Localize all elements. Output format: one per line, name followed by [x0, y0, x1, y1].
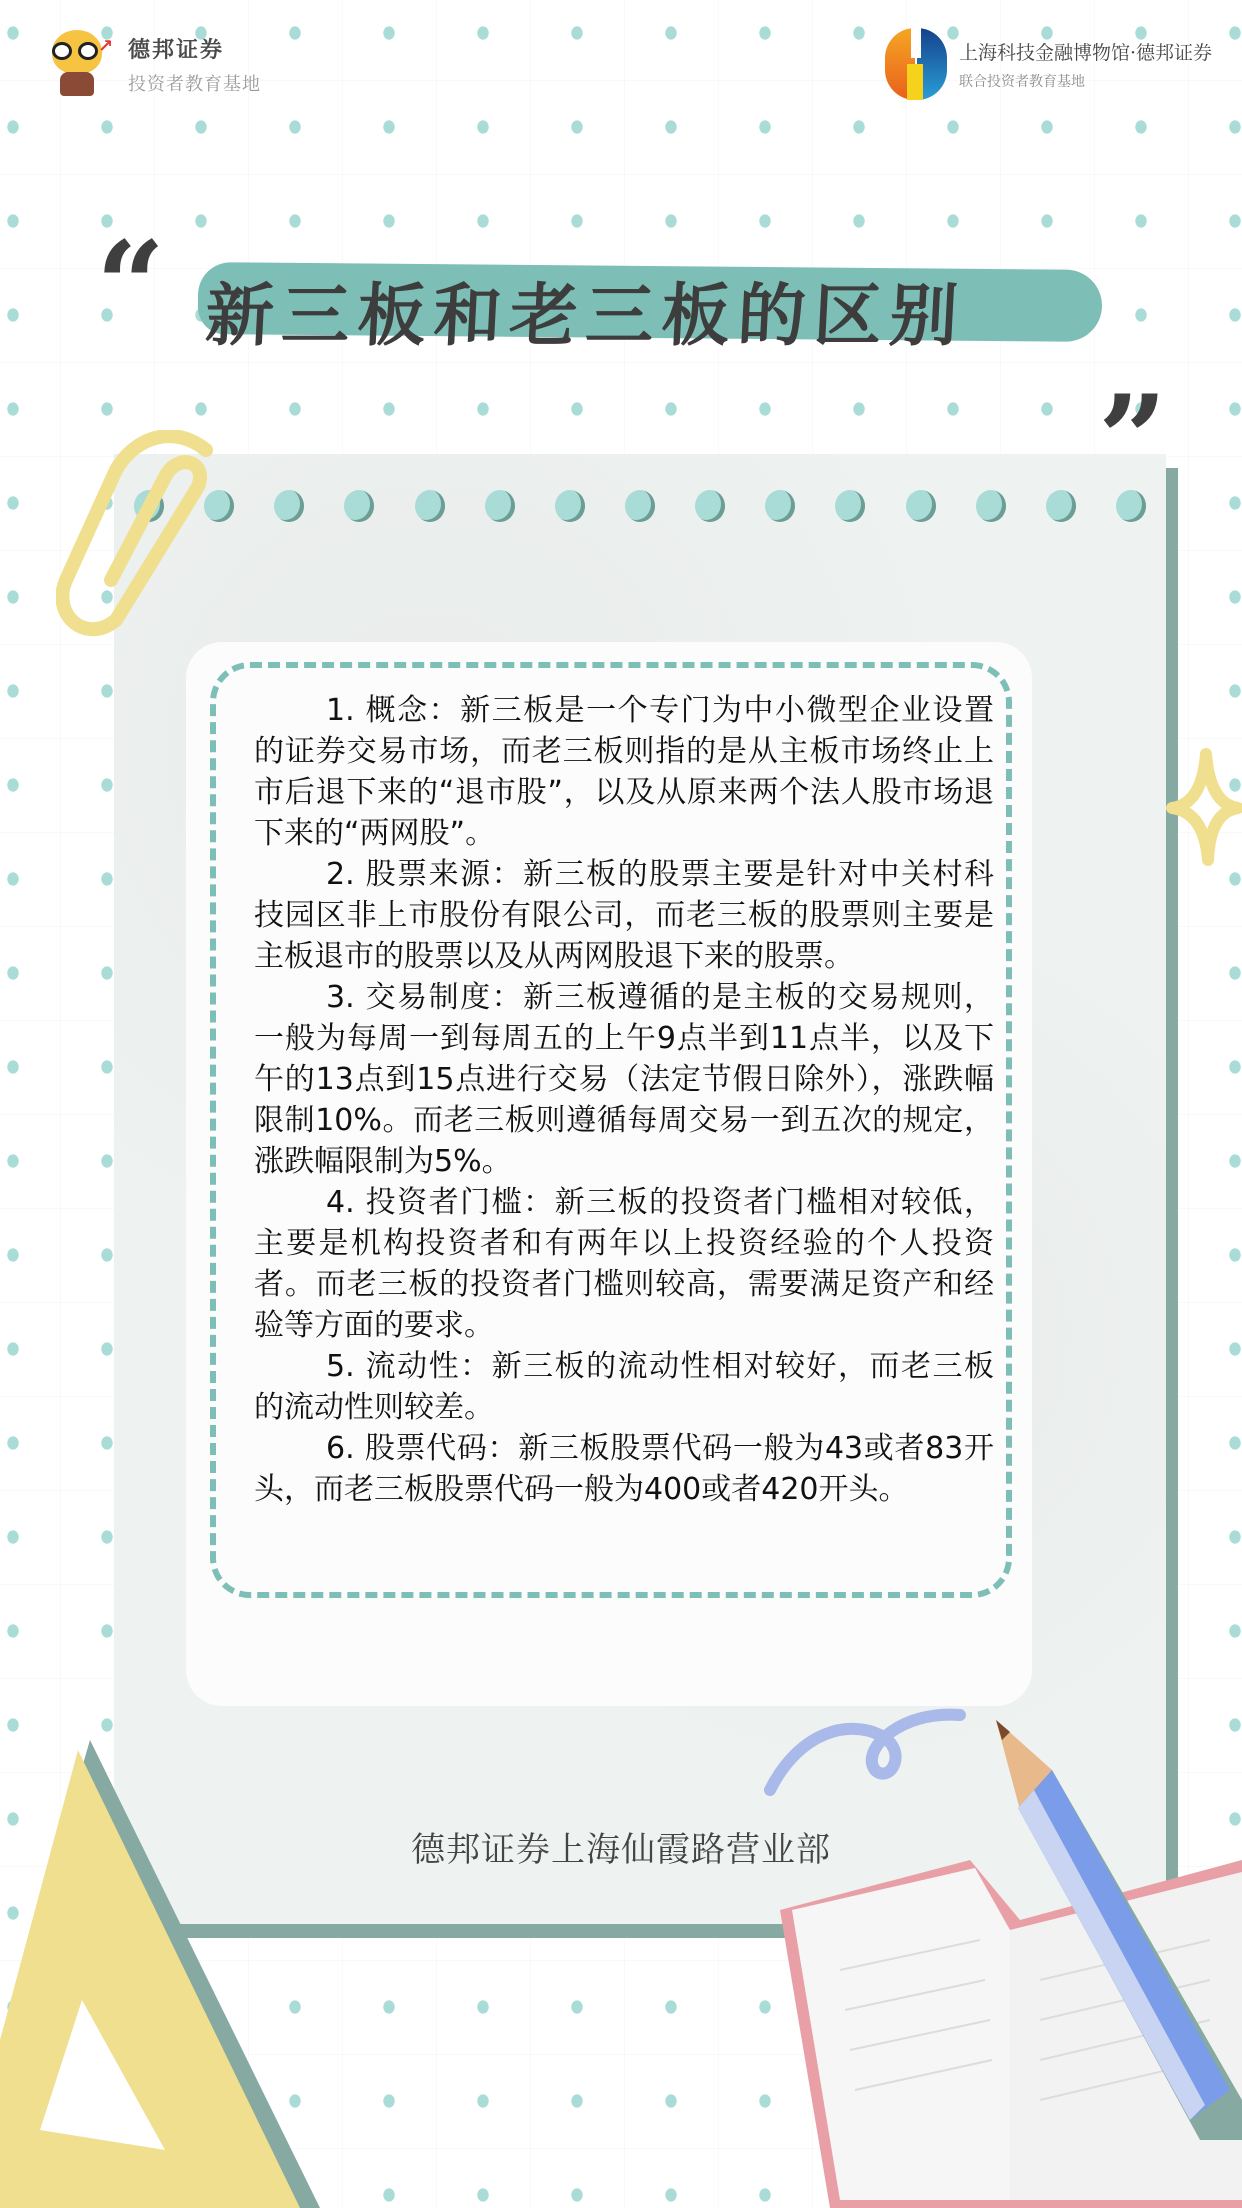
museum-logo-icon	[885, 28, 947, 100]
point-stock-code: 6. 股票代码：新三板股票代码一般为43或者83开头，而老三板股票代码一般为40…	[254, 1428, 994, 1510]
header: ↗ 德邦证券 投资者教育基地 上海科技金融博物馆·德邦证券 联合投资者教育基地	[0, 0, 1242, 130]
binder-hole	[274, 490, 304, 522]
partner-title: 上海科技金融博物馆·德邦证券	[959, 38, 1212, 65]
squiggle-decoration	[760, 1690, 980, 1800]
binder-hole	[415, 490, 445, 522]
binder-hole	[835, 490, 865, 522]
point-trading-system: 3. 交易制度：新三板遵循的是主板的交易规则，一般为每周一到每周五的上午9点半到…	[254, 977, 994, 1182]
point-stock-source: 2. 股票来源：新三板的股票主要是针对中关村科技园区非上市股份有限公司，而老三板…	[254, 854, 994, 977]
debang-logo: ↗ 德邦证券 投资者教育基地	[44, 24, 261, 104]
binder-hole	[1046, 490, 1076, 522]
binder-hole	[765, 490, 795, 522]
pencil-icon	[990, 1700, 1242, 2140]
museum-partner-logo: 上海科技金融博物馆·德邦证券 联合投资者教育基地	[885, 28, 1212, 100]
brand-subtitle: 投资者教育基地	[128, 70, 261, 96]
mascot-icon: ↗	[44, 24, 116, 104]
binder-hole	[976, 490, 1006, 522]
binder-hole	[695, 490, 725, 522]
binder-hole	[1116, 490, 1146, 522]
point-concept: 1. 概念：新三板是一个专门为中小微型企业设置的证券交易市场，而老三板则指的是从…	[254, 690, 994, 854]
page-title: 新三板和老三板的区别	[203, 262, 968, 359]
binder-hole	[625, 490, 655, 522]
binder-hole	[555, 490, 585, 522]
binder-holes	[134, 490, 1146, 522]
sparkle-icon	[1166, 744, 1242, 870]
binder-hole	[906, 490, 936, 522]
point-investor-threshold: 4. 投资者门槛：新三板的投资者门槛相对较低，主要是机构投资者和有两年以上投资经…	[254, 1182, 994, 1346]
point-liquidity: 5. 流动性：新三板的流动性相对较好，而老三板的流动性则较差。	[254, 1346, 994, 1428]
content-text: 1. 概念：新三板是一个专门为中小微型企业设置的证券交易市场，而老三板则指的是从…	[254, 690, 994, 1510]
open-quote-icon: “	[96, 226, 165, 346]
brand-name: 德邦证券	[128, 33, 261, 64]
paperclip-icon	[56, 430, 226, 660]
binder-hole	[344, 490, 374, 522]
binder-hole	[485, 490, 515, 522]
triangle-ruler-icon	[0, 1720, 320, 2208]
partner-subtitle: 联合投资者教育基地	[959, 71, 1212, 91]
